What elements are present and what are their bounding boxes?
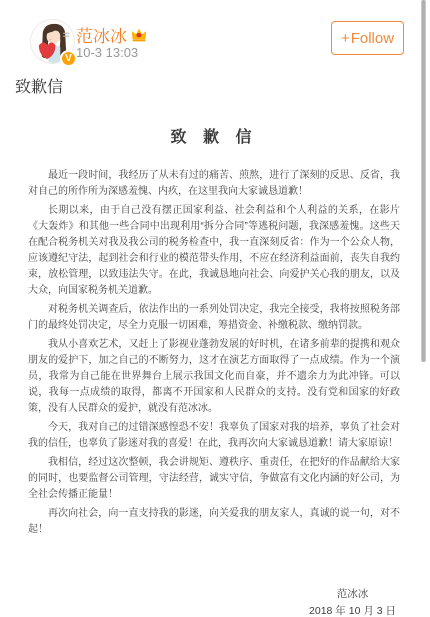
follow-button[interactable]: + Follow [331,21,404,55]
scrollbar-thumb[interactable] [421,0,426,362]
plus-icon: + [341,30,350,47]
letter-paragraph: 对税务机关调查后，依法作出的一系列处罚决定，我完全接受，我将按照税务部门的最终处… [28,302,400,334]
username[interactable]: 范冰冰 [76,22,127,47]
letter-paragraph: 我从小喜欢艺术，又赶上了影视业蓬勃发展的好时机，在诸多前辈的提携和观众朋友的爱护… [28,337,400,417]
verified-v-badge-icon: V [60,50,77,67]
letter-paragraph: 长期以来，由于自己没有摆正国家利益、社会利益和个人利益的关系，在影片《大轰炸》和… [28,203,400,299]
letter-paragraph: 今天，我对自己的过错深感惶恐不安！我辜负了国家对我的培养，辜负了社会对我的信任，… [28,420,400,452]
timestamp: 10-3 13:03 [76,45,138,60]
scrollbar[interactable] [421,0,427,617]
apology-letter-image[interactable]: 致 歉 信 最近一段时间，我经历了从未有过的痛苦、煎熬，进行了深刻的反思、反省，… [28,124,400,617]
letter-date: 2018 年 10 月 3 日 [309,603,396,617]
follow-button-label: Follow [351,30,394,47]
post-text: 致歉信 [15,74,63,97]
user-name-row: 范冰冰 [76,22,147,47]
letter-signature-block: 范冰冰 2018 年 10 月 3 日 [309,586,396,617]
letter-paragraph: 再次向社会，向一直支持我的影迷，向关爱我的朋友家人，真诚的说一句，对不起！ [28,506,400,538]
avatar[interactable]: V [30,19,75,64]
letter-paragraph: 最近一段时间，我经历了从未有过的痛苦、煎熬，进行了深刻的反思、反省，我对自己的所… [28,168,400,200]
crown-icon [131,28,147,42]
weibo-post-page: V 范冰冰 10-3 13:03 + Follow 致歉信 致 歉 信 最近一段… [0,0,430,617]
letter-paragraph: 我相信，经过这次整顿，我会讲规矩、遵秩序、重责任，在把好的作品献给大家的同时，也… [28,455,400,503]
letter-signature: 范冰冰 [309,586,396,603]
letter-title: 致 歉 信 [28,124,400,147]
